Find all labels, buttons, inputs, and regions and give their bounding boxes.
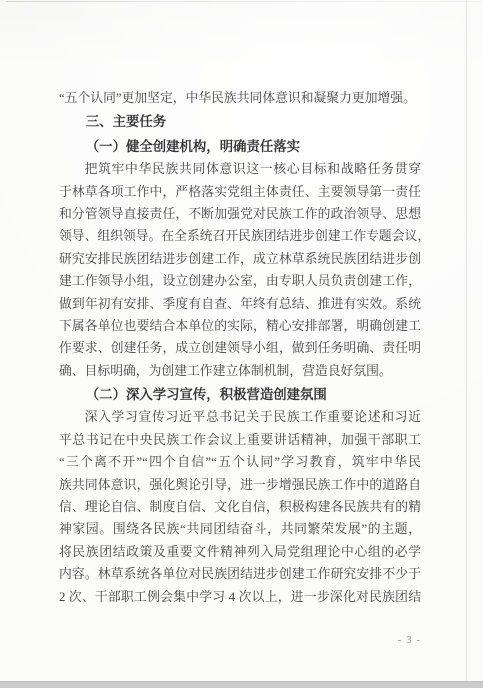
section-heading: （一）健全创建机构，明确责任落实 xyxy=(59,136,421,158)
text-line: 将民族团结政策及重要文件精神列入局党组理论中心组的必学 xyxy=(59,541,421,563)
section-heading: 三、主要任务 xyxy=(59,111,421,133)
document-text: “五个认同”更加坚定，中华民族共同体意识和凝聚力更加增强。三、主要任务（一）健全… xyxy=(59,87,421,608)
text-line: 深入学习宣传习近平总书记关于民族工作重要论述和习近 xyxy=(59,406,421,428)
text-line: 做到年初有安排、季度有自查、年终有总结、推进有实效。系统 xyxy=(59,293,421,315)
document-page: “五个认同”更加坚定，中华民族共同体意识和凝聚力更加增强。三、主要任务（一）健全… xyxy=(0,0,483,688)
text-line: 下属各单位也要结合本单位的实际，精心安排部署，明确创建工 xyxy=(59,315,421,337)
scanner-bed-strip xyxy=(0,681,483,688)
text-line: 研究安排民族团结进步创建工作，成立林草系统民族团结进步创 xyxy=(59,248,421,270)
text-line: 确、目标明确，为创建工作建立体制机制，营造良好氛围。 xyxy=(59,360,421,382)
text-line: 领导、组织领导。在全系统召开民族团结进步创建工作专题会议， xyxy=(59,225,421,247)
text-line: 内容。林草系统各单位对民族团结进步创建工作研究安排不少于 xyxy=(59,563,421,585)
text-line: 于林草各项工作中，严格落实党组主体责任、主要领导第一责任 xyxy=(59,181,421,203)
page-number: - 3 - xyxy=(398,632,421,648)
text-line: “五个认同”更加坚定，中华民族共同体意识和凝聚力更加增强。 xyxy=(59,87,421,109)
scan-artifact-top-edge xyxy=(6,1,483,2)
text-line: 和分管领导直接责任，不断加强党对民族工作的政治领导、思想 xyxy=(59,203,421,225)
text-line: 神家园。围绕各民族“共同团结奋斗，共同繁荣发展”的主题， xyxy=(59,518,421,540)
text-line: 信、理论自信、制度自信、文化自信，积极构建各民族共有的精 xyxy=(59,496,421,518)
text-line: “三个离不开”“四个自信”“五个认同”学习教育，筑牢中华民 xyxy=(59,451,421,473)
text-line: 作要求、创建任务，成立创建领导小组，做到任务明确、责任明 xyxy=(59,337,421,359)
text-line: 族共同体意识，强化舆论引导，进一步增强民族工作中的道路自 xyxy=(59,474,421,496)
scan-artifact-right-edge xyxy=(466,0,467,681)
section-heading: （二）深入学习宣传，积极营造创建氛围 xyxy=(59,384,421,406)
text-line: 平总书记在中央民族工作会议上重要讲话精神，加强干部职工 xyxy=(59,429,421,451)
text-line: 2 次、干部职工例会集中学习 4 次以上，进一步深化对民族团结 xyxy=(59,586,421,608)
text-line: 建工作领导小组，设立创建办公室，由专职人员负责创建工作， xyxy=(59,270,421,292)
text-line: 把筑牢中华民族共同体意识这一核心目标和战略任务贯穿 xyxy=(59,158,421,180)
